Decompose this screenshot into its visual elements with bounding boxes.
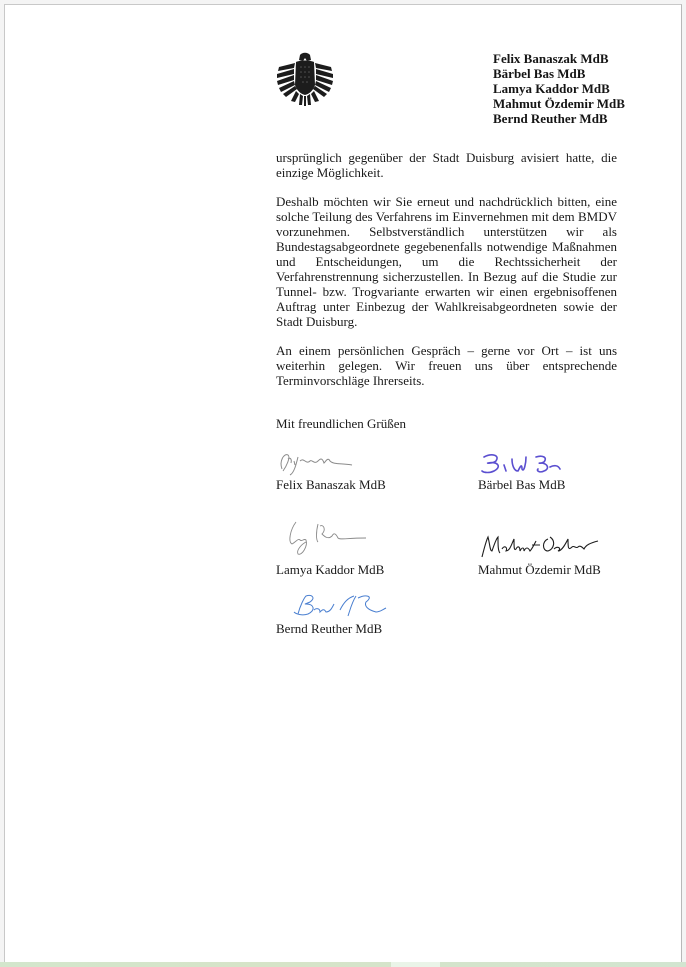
bundesadler-eagle-icon xyxy=(276,51,334,106)
sender-list: Felix Banaszak MdB Bärbel Bas MdB Lamya … xyxy=(493,51,625,126)
signature-block: Bernd Reuther MdB xyxy=(276,590,391,636)
letter-body: ursprünglich gegenüber der Stadt Duisbur… xyxy=(276,150,617,402)
sender-name: Lamya Kaddor MdB xyxy=(493,81,625,96)
signature-block: Bärbel Bas MdB xyxy=(478,451,568,492)
signature-bernd-reuther xyxy=(276,590,391,621)
closing-salutation: Mit freundlichen Grüßen xyxy=(276,416,406,431)
signature-felix-banaszak xyxy=(276,447,356,477)
sender-name: Bernd Reuther MdB xyxy=(493,111,625,126)
signature-block: Felix Banaszak MdB xyxy=(276,447,386,492)
paragraph: An einem persönlichen Gespräch – gerne v… xyxy=(276,343,617,388)
sender-name: Mahmut Özdemir MdB xyxy=(493,96,625,111)
sender-name: Felix Banaszak MdB xyxy=(493,51,625,66)
signature-lamya-kaddor xyxy=(276,516,371,562)
signatory-name: Felix Banaszak MdB xyxy=(276,477,386,492)
scrollbar-thumb[interactable] xyxy=(391,962,440,967)
signatory-name: Lamya Kaddor MdB xyxy=(276,562,384,577)
paragraph: Deshalb möchten wir Sie erneut und nachd… xyxy=(276,194,617,329)
horizontal-scrollbar[interactable] xyxy=(0,962,686,967)
signatory-name: Bernd Reuther MdB xyxy=(276,621,391,636)
paragraph: ursprünglich gegenüber der Stadt Duisbur… xyxy=(276,150,617,180)
sender-name: Bärbel Bas MdB xyxy=(493,66,625,81)
signature-baerbel-bas xyxy=(478,451,568,477)
signatory-name: Mahmut Özdemir MdB xyxy=(478,562,603,577)
signature-block: Lamya Kaddor MdB xyxy=(276,516,384,577)
signatory-name: Bärbel Bas MdB xyxy=(478,477,568,492)
signature-mahmut-oezdemir xyxy=(478,531,603,562)
signature-block: Mahmut Özdemir MdB xyxy=(478,531,603,577)
